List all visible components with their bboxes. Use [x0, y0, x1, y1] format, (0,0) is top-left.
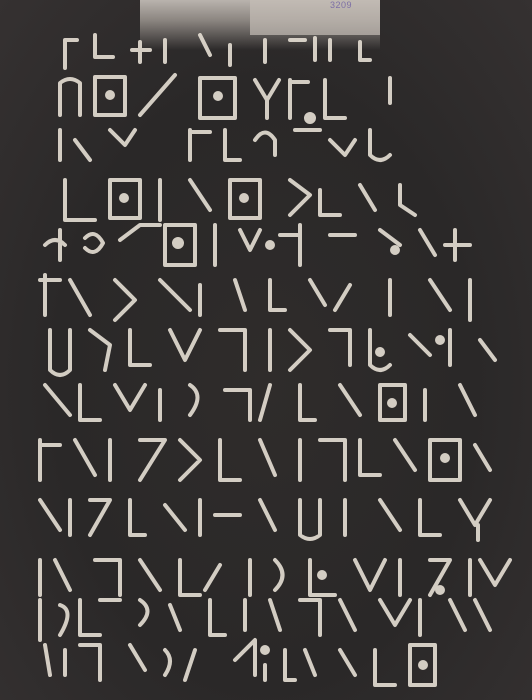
calligraphic-glyphs — [0, 0, 532, 700]
